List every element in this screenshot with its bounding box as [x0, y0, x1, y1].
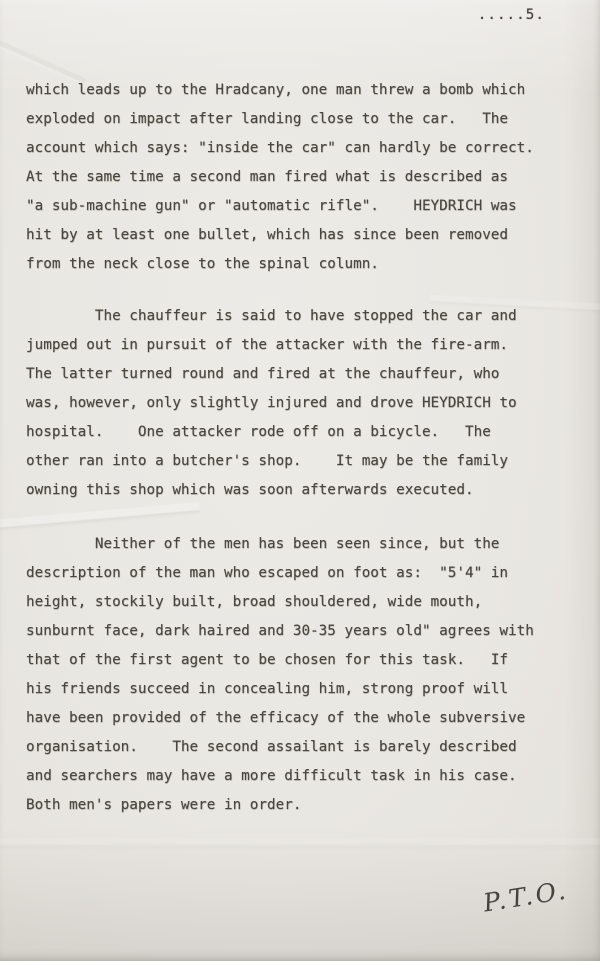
text-line: exploded on impact after landing close t… — [26, 105, 586, 134]
text-line: his friends succeed in concealing him, s… — [26, 675, 586, 704]
text-line: owning this shop which was soon afterwar… — [26, 476, 586, 505]
text-line: which leads up to the Hradcany, one man … — [26, 76, 586, 105]
text-line: jumped out in pursuit of the attacker wi… — [26, 331, 586, 360]
paper-crease — [0, 838, 600, 852]
text-line: account which says: "inside the car" can… — [26, 134, 586, 163]
text-line: At the same time a second man fired what… — [26, 163, 586, 192]
text-line: have been provided of the efficacy of th… — [26, 704, 586, 733]
text-line: The chauffeur is said to have stopped th… — [26, 302, 586, 331]
text-line: hit by at least one bullet, which has si… — [26, 221, 586, 250]
text-line: was, however, only slightly injured and … — [26, 389, 586, 418]
text-line: sunburnt face, dark haired and 30-35 yea… — [26, 617, 586, 646]
page-number: .....5. — [478, 4, 545, 26]
text-line: description of the man who escaped on fo… — [26, 559, 586, 588]
document-page: .....5. which leads up to the Hradcany, … — [0, 0, 600, 961]
paragraph-description: Neither of the men has been seen since, … — [26, 530, 586, 820]
paragraph-chauffeur: The chauffeur is said to have stopped th… — [26, 302, 586, 505]
text-line: that of the first agent to be chosen for… — [26, 646, 586, 675]
text-line: Both men's papers were in order. — [26, 791, 586, 820]
text-line: from the neck close to the spinal column… — [26, 250, 586, 279]
text-line: hospital. One attacker rode off on a bic… — [26, 418, 586, 447]
text-line: organisation. The second assailant is ba… — [26, 733, 586, 762]
text-line: The latter turned round and fired at the… — [26, 360, 586, 389]
pto-handwritten-note: P.T.O. — [481, 875, 570, 917]
text-line: Neither of the men has been seen since, … — [26, 530, 586, 559]
text-line: height, stockily built, broad shouldered… — [26, 588, 586, 617]
document-body: which leads up to the Hradcany, one man … — [26, 76, 586, 820]
text-line: "a sub-machine gun" or "automatic rifle"… — [26, 192, 586, 221]
text-line: and searchers may have a more difficult … — [26, 762, 586, 791]
paragraph-attack: which leads up to the Hradcany, one man … — [26, 76, 586, 279]
text-line: other ran into a butcher's shop. It may … — [26, 447, 586, 476]
